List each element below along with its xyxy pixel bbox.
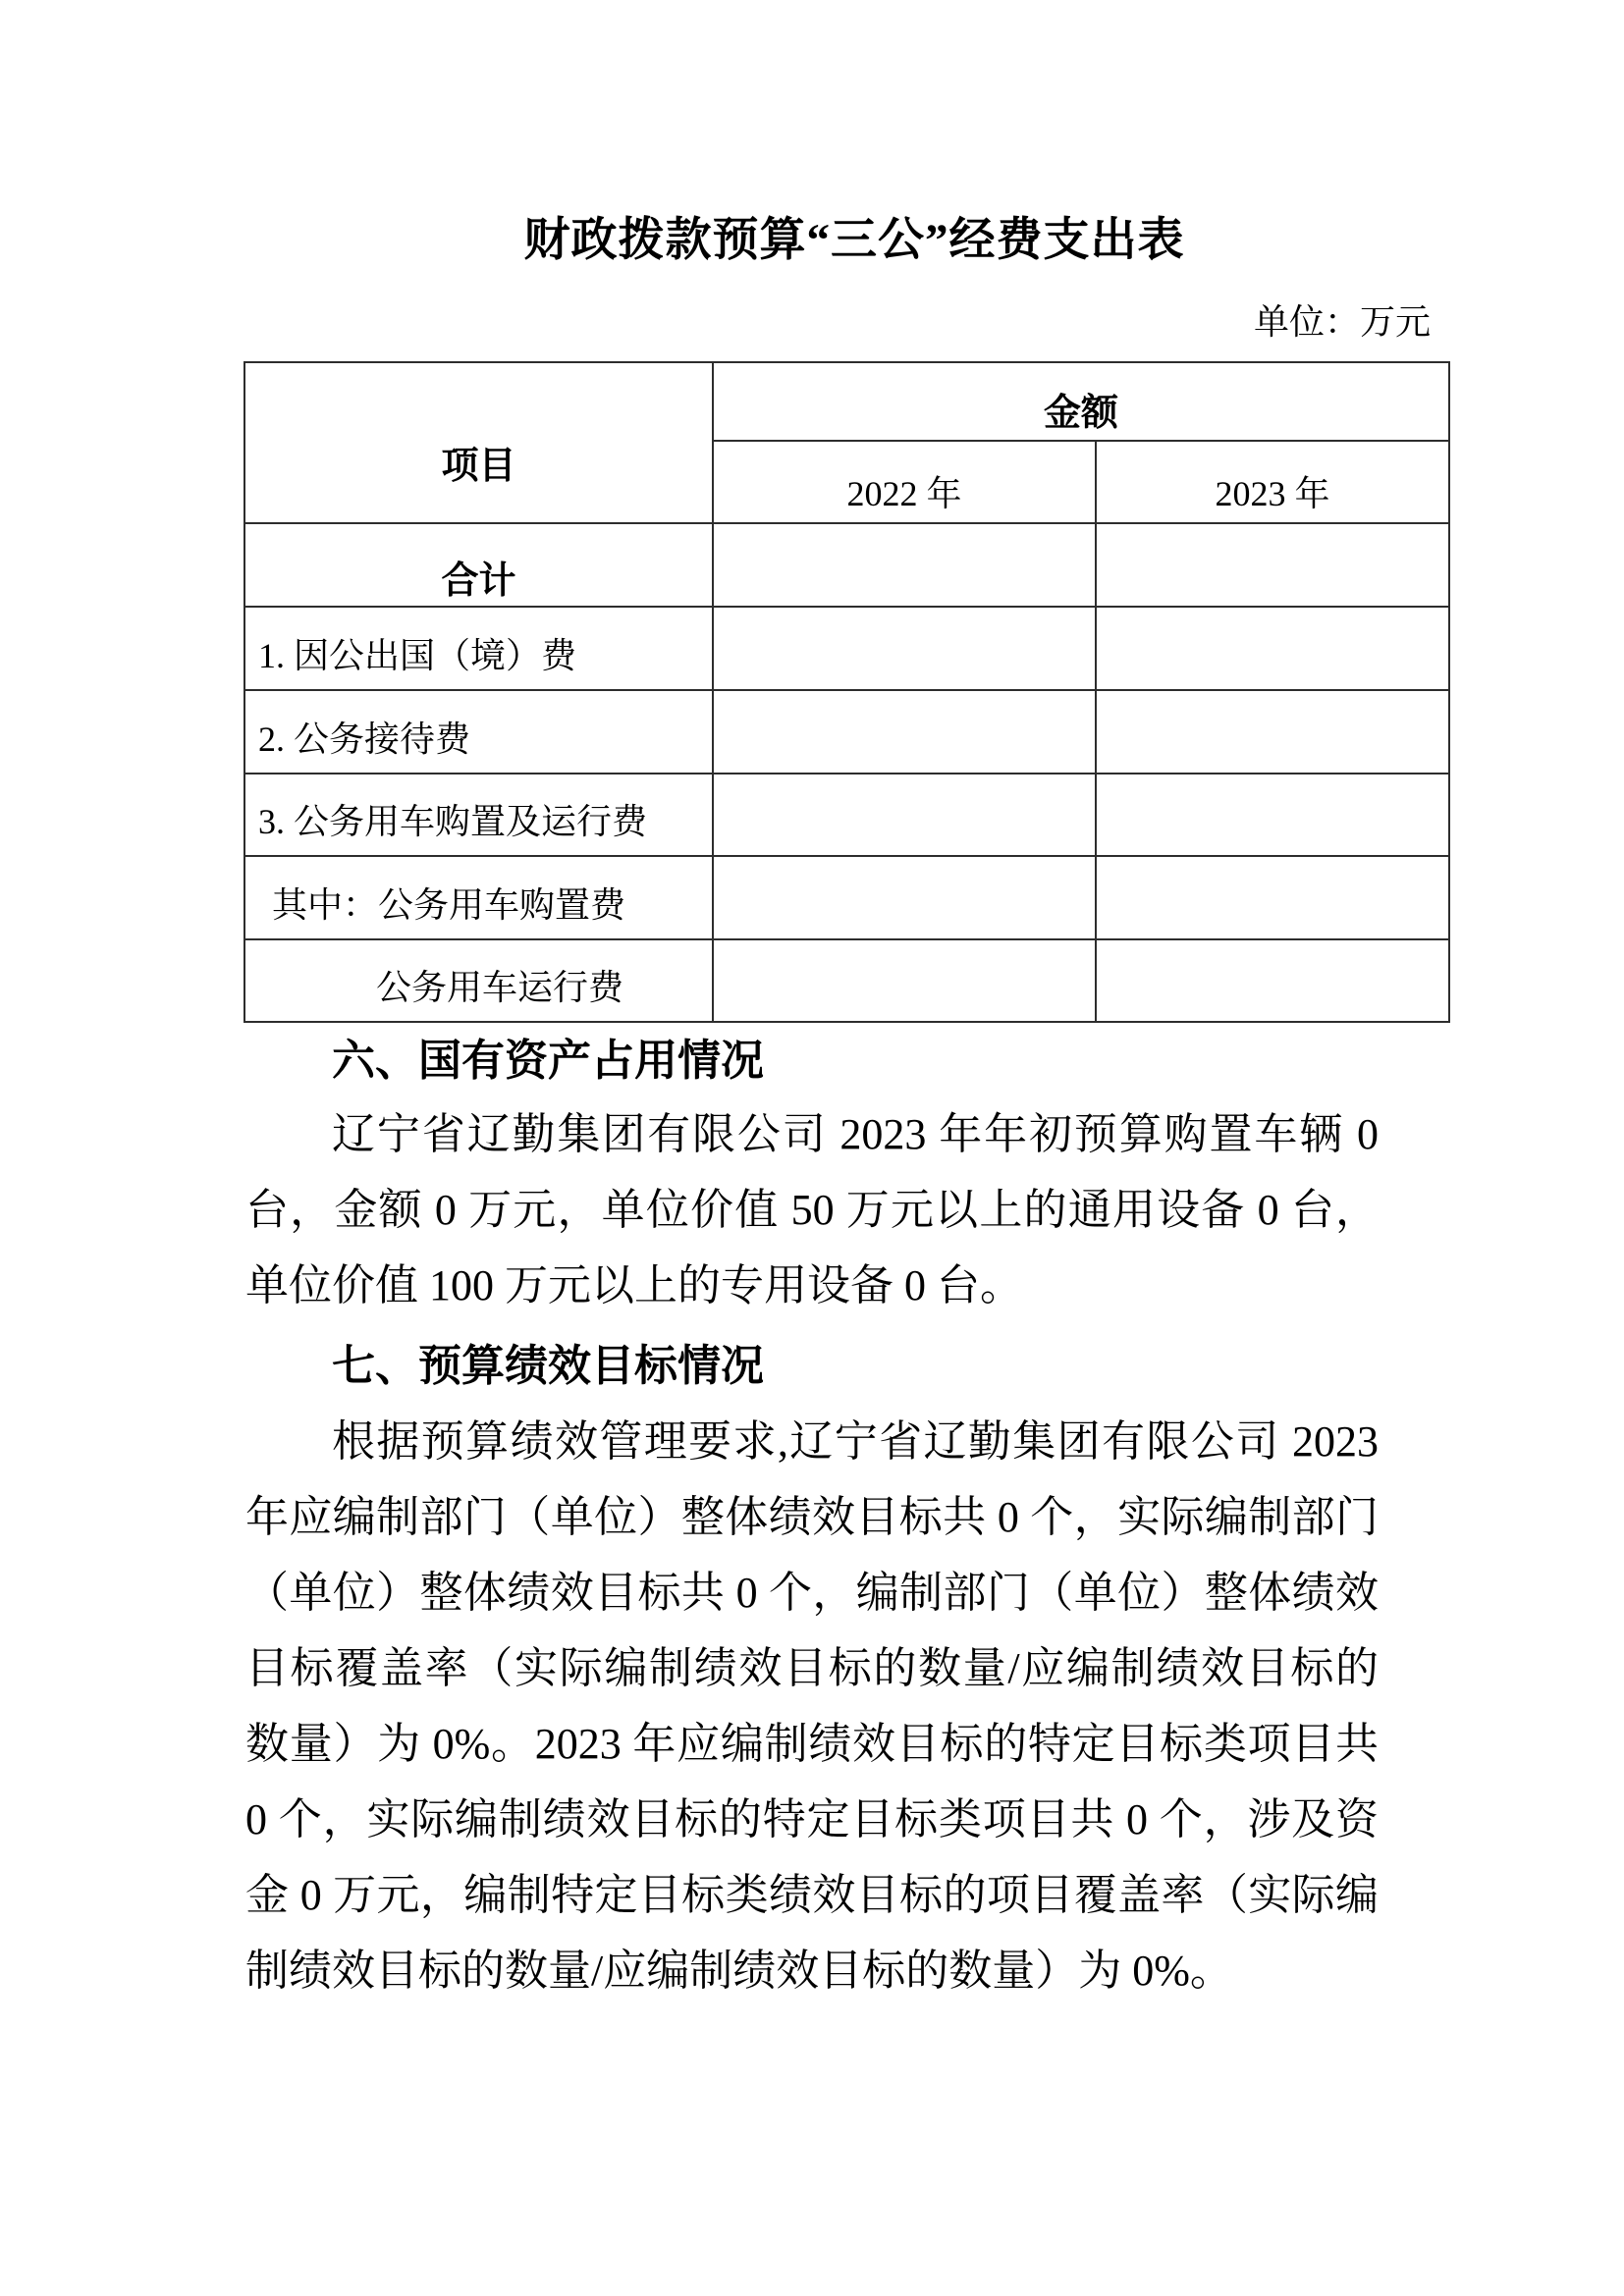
cell-abroad-fee-2023: [1096, 607, 1449, 690]
document-page: 财政拨款预算“三公”经费支出表 单位：万元 项目 金额 2022 年 2023 …: [0, 0, 1624, 2296]
text-line: （单位）整体绩效目标共 0 个，编制部门（单位）整体绩效: [245, 1555, 1379, 1630]
section-6-heading: 六、国有资产占用情况: [245, 1023, 1379, 1098]
text-line: 年应编制部门（单位）整体绩效目标共 0 个，实际编制部门: [245, 1479, 1379, 1555]
row-label-vehicle-purchase-fee: 其中：公务用车购置费: [244, 856, 713, 939]
row-label-vehicle-operation-fee: 公务用车运行费: [244, 939, 713, 1022]
cell-vehicle-operation-2023: [1096, 939, 1449, 1022]
column-header-item: 项目: [244, 362, 713, 523]
cell-reception-fee-2022: [713, 690, 1096, 774]
row-label-total: 合计: [244, 523, 713, 607]
page-title: 财政拨款预算“三公”经费支出表: [84, 215, 1624, 266]
section-7-paragraph: 根据预算绩效管理要求,辽宁省辽勤集团有限公司 2023 年应编制部门（单位）整体…: [245, 1404, 1379, 2008]
row-label-vehicle-fee: 3. 公务用车购置及运行费: [244, 774, 713, 856]
cell-abroad-fee-2022: [713, 607, 1096, 690]
table-row-total: 合计: [244, 523, 1449, 607]
table-row-vehicle-purchase-fee: 其中：公务用车购置费: [244, 856, 1449, 939]
table-header-row-1: 项目 金额: [244, 362, 1449, 441]
text-line: 目标覆盖率（实际编制绩效目标的数量/应编制绩效目标的: [245, 1630, 1379, 1706]
text-line: 单位价值 100 万元以上的专用设备 0 台。: [245, 1248, 1379, 1323]
column-header-amount: 金额: [713, 362, 1449, 441]
text-line: 金 0 万元，编制特定目标类绩效目标的项目覆盖率（实际编: [245, 1857, 1379, 1933]
table-row-abroad-fee: 1. 因公出国（境）费: [244, 607, 1449, 690]
table-row-vehicle-operation-fee: 公务用车运行费: [244, 939, 1449, 1022]
column-header-year-2023: 2023 年: [1096, 441, 1449, 523]
cell-vehicle-operation-2022: [713, 939, 1096, 1022]
column-header-year-2022: 2022 年: [713, 441, 1096, 523]
table-row-reception-fee: 2. 公务接待费: [244, 690, 1449, 774]
text-line: 0 个，实际编制绩效目标的特定目标类项目共 0 个，涉及资: [245, 1782, 1379, 1857]
section-7-heading: 七、预算绩效目标情况: [245, 1328, 1379, 1404]
row-label-abroad-fee: 1. 因公出国（境）费: [244, 607, 713, 690]
text-line: 台，金额 0 万元，单位价值 50 万元以上的通用设备 0 台，: [245, 1172, 1379, 1248]
text-line: 制绩效目标的数量/应编制绩效目标的数量）为 0%。: [245, 1933, 1379, 2008]
three-public-expense-table: 项目 金额 2022 年 2023 年 合计 1. 因公出国（境）费 2. 公务…: [244, 361, 1450, 1023]
row-label-reception-fee: 2. 公务接待费: [244, 690, 713, 774]
cell-vehicle-purchase-2023: [1096, 856, 1449, 939]
section-6-paragraph: 辽宁省辽勤集团有限公司 2023 年年初预算购置车辆 0 台，金额 0 万元，单…: [245, 1096, 1379, 1323]
text-line: 根据预算绩效管理要求,辽宁省辽勤集团有限公司 2023: [245, 1404, 1379, 1479]
cell-vehicle-purchase-2022: [713, 856, 1096, 939]
cell-vehicle-fee-2023: [1096, 774, 1449, 856]
text-line: 数量）为 0%。2023 年应编制绩效目标的特定目标类项目共: [245, 1706, 1379, 1782]
cell-total-2023: [1096, 523, 1449, 607]
cell-reception-fee-2023: [1096, 690, 1449, 774]
unit-label: 单位：万元: [1254, 297, 1431, 347]
cell-total-2022: [713, 523, 1096, 607]
text-line: 辽宁省辽勤集团有限公司 2023 年年初预算购置车辆 0: [245, 1096, 1379, 1172]
cell-vehicle-fee-2022: [713, 774, 1096, 856]
table-row-vehicle-fee: 3. 公务用车购置及运行费: [244, 774, 1449, 856]
